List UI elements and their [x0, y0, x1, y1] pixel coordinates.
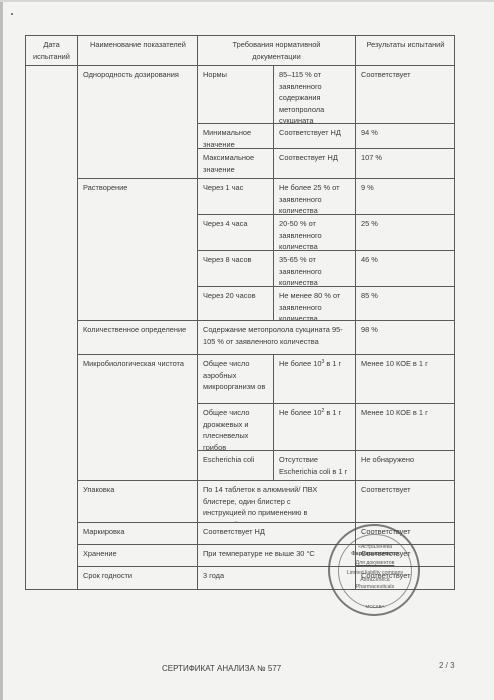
storage-name: Хранение: [77, 544, 198, 567]
dissolution-1h-param: Через 1 час: [197, 178, 274, 215]
max-value-req: Соотвествует НД: [273, 148, 356, 179]
header-date: Дата испытаний: [25, 35, 78, 66]
dissolution-name: Растворение: [77, 178, 198, 321]
micro-aerobic-result: Менее 10 КОЕ в 1 г: [355, 354, 455, 404]
uniformity-name: Однородность дозирования: [77, 65, 198, 179]
assay-name: Количественное определение: [77, 320, 198, 355]
dissolution-20h-result: 85 %: [355, 286, 455, 321]
packaging-req: По 14 таблеток в алюминий/ ПВХ блистере,…: [197, 480, 356, 523]
certificate-title: СЕРТИФИКАТ АНАЛИЗА № 577: [162, 664, 281, 673]
uniformity-result: Соответствует: [355, 65, 455, 124]
storage-req: При температуре не выше 30 °С: [197, 544, 356, 567]
micro-fungi-result: Менее 10 КОЕ в 1 г: [355, 403, 455, 451]
dissolution-8h-req: 35-65 % от заявленного количества: [273, 250, 356, 287]
micro-aerobic-req: Не более 103 в 1 г: [273, 354, 356, 404]
labeling-result: Соответствует: [355, 522, 455, 545]
micro-fungi-param: Общее число дрожжевых и плесневелых гриб…: [197, 403, 274, 451]
stamp-city: МОСКВА: [340, 604, 410, 610]
storage-result: Соответствует: [355, 544, 455, 567]
packaging-name: Упаковка: [77, 480, 198, 523]
dissolution-1h-result: 9 %: [355, 178, 455, 215]
analysis-table: Дата испытаний Наименование показателей …: [25, 35, 455, 590]
min-value-result: 94 %: [355, 123, 455, 149]
shelf-life-req: 3 года: [197, 566, 356, 590]
micro-ecoli-result: Не обнаружено: [355, 450, 455, 481]
min-value-param: Минимальное значение: [197, 123, 274, 149]
packaging-result: Соответствует: [355, 480, 455, 523]
micro-fungi-req: Не более 102 в 1 г: [273, 403, 356, 451]
date-cell: [25, 65, 78, 590]
dissolution-4h-result: 25 %: [355, 214, 455, 251]
uniformity-param: Нормы: [197, 65, 274, 124]
page-edge: [0, 0, 3, 700]
dissolution-8h-param: Через 8 часов: [197, 250, 274, 287]
assay-req: Содержание метопролола сукцината 95-105 …: [197, 320, 356, 355]
uniformity-req: 85–115 % от заявленного содержания метоп…: [273, 65, 356, 124]
dissolution-1h-req: Не более 25 % от заявленного количества: [273, 178, 356, 215]
micro-ecoli-param: Escherichia coli: [197, 450, 274, 481]
max-value-result: 107 %: [355, 148, 455, 179]
max-value-param: Максимальное значение: [197, 148, 274, 179]
labeling-req: Соответствует НД: [197, 522, 356, 545]
shelf-life-result: Соответствует: [355, 566, 455, 590]
header-requirements: Требования нормативной документации: [197, 35, 356, 66]
shelf-life-name: Срок годности: [77, 566, 198, 590]
header-name: Наименование показателей: [77, 35, 198, 66]
dissolution-20h-param: Через 20 часов: [197, 286, 274, 321]
micro-ecoli-req: Отсутствие Escherichia coli в 1 г: [273, 450, 356, 481]
assay-result: 98 %: [355, 320, 455, 355]
labeling-name: Маркировка: [77, 522, 198, 545]
page-number: 2 / 3: [439, 661, 455, 670]
scan-speck: [11, 13, 13, 15]
dissolution-20h-req: Не менее 80 % от заявленного количества: [273, 286, 356, 321]
page-edge-top: [0, 0, 494, 2]
min-value-req: Соответствует НД: [273, 123, 356, 149]
header-results: Результаты испытаний: [355, 35, 455, 66]
micro-aerobic-param: Общее число аэробных микроорганизм ов: [197, 354, 274, 404]
dissolution-4h-param: Через 4 часа: [197, 214, 274, 251]
dissolution-4h-req: 20-50 % от заявленного количества: [273, 214, 356, 251]
micro-name: Микробиологическая чистота: [77, 354, 198, 481]
dissolution-8h-result: 46 %: [355, 250, 455, 287]
